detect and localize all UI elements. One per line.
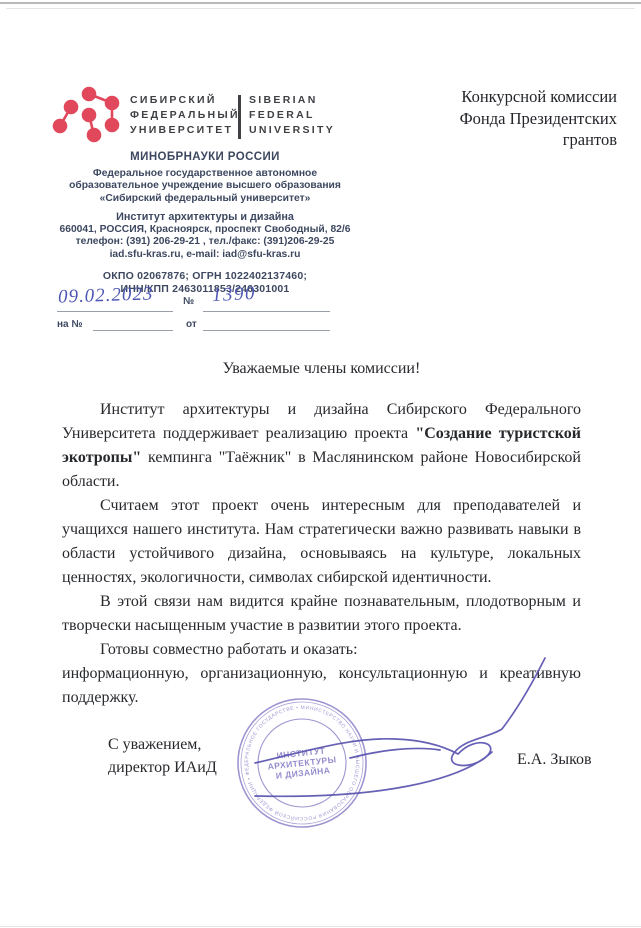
- addressee-block: Конкурсной комиссии Фонда Президентских …: [460, 86, 617, 151]
- paragraph-project-interest: Считаем этот проект очень интересным для…: [62, 494, 581, 590]
- addressee-line: грантов: [460, 129, 617, 151]
- org-line: Федеральное государственное автономное: [33, 168, 377, 181]
- number-sign-label: №: [183, 296, 194, 307]
- logotype-en-line: SIBERIAN: [249, 93, 335, 108]
- date-underline: [57, 311, 173, 312]
- letterhead-block: МИНОБРНАУКИ РОССИИ Федеральное государст…: [33, 151, 377, 295]
- org-line: образовательное учреждение высшего образ…: [33, 180, 377, 193]
- on-number-underline: [93, 330, 173, 331]
- institute-name: Институт архитектуры и дизайна: [33, 211, 377, 224]
- on-number-label: на №: [57, 319, 83, 330]
- logotype-divider: [238, 95, 241, 139]
- logotype-en-line: UNIVERSITY: [249, 123, 335, 138]
- scanned-letter-page: СИБИРСКИЙ ФЕДЕРАЛЬНЫЙ УНИВЕРСИТЕТ SIBERI…: [0, 0, 641, 928]
- scan-edge-line-top-faint: [6, 8, 635, 9]
- regards-line: С уважением,: [108, 733, 217, 756]
- logotype-ru-line: ФЕДЕРАЛЬНЫЙ: [130, 108, 240, 123]
- logotype-russian: СИБИРСКИЙ ФЕДЕРАЛЬНЫЙ УНИВЕРСИТЕТ: [130, 93, 240, 138]
- salutation: Уважаемые члены комиссии!: [62, 360, 581, 378]
- logotype-ru-line: УНИВЕРСИТЕТ: [130, 123, 240, 138]
- paragraph-participation: В этой связи нам видится крайне познават…: [62, 590, 581, 638]
- from-label: от: [186, 319, 197, 330]
- org-line: «Сибирский федеральный университет»: [33, 193, 377, 206]
- scan-edge-line-top: [0, 2, 641, 4]
- web-email-line: iad.sfu-kras.ru, e-mail: iad@sfu-kras.ru: [33, 249, 377, 262]
- director-line: директор ИАиД: [108, 756, 217, 779]
- addressee-line: Конкурсной комиссии: [460, 86, 617, 108]
- postal-address: 660041, РОССИЯ, Красноярск, проспект Сво…: [33, 224, 377, 237]
- logotype-ru-line: СИБИРСКИЙ: [130, 93, 240, 108]
- addressee-line: Фонда Президентских: [460, 108, 617, 130]
- closing-block: С уважением, директор ИАиД: [108, 733, 217, 779]
- okpo-ogrn-line: ОКПО 02067876; ОГРН 1022402137460;: [33, 270, 377, 283]
- ministry-line: МИНОБРНАУКИ РОССИИ: [33, 151, 377, 164]
- number-underline: [203, 311, 330, 312]
- from-underline: [203, 330, 330, 331]
- logotype-en-line: FEDERAL: [249, 108, 335, 123]
- logotype-english: SIBERIAN FEDERAL UNIVERSITY: [249, 93, 335, 138]
- handwritten-outgoing-number: 1390: [211, 283, 256, 307]
- director-signature: [230, 650, 560, 810]
- paragraph-project-support: Институт архитектуры и дизайна Сибирског…: [62, 398, 581, 494]
- handwritten-date: 09.02.2023: [58, 283, 154, 308]
- scan-edge-line-bottom: [0, 926, 641, 927]
- phone-line: телефон: (391) 206-29-21 , тел./факс: (3…: [33, 236, 377, 249]
